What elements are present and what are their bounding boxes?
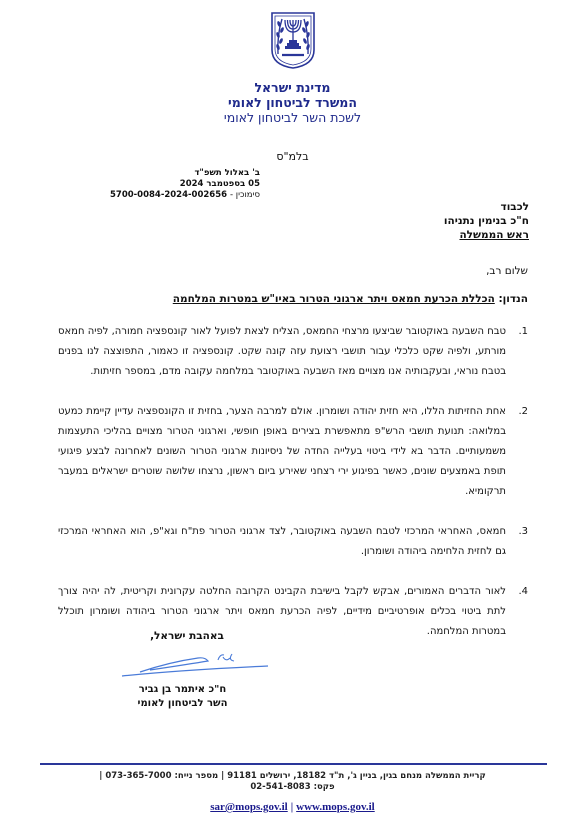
addressee-name: ח"כ בנימין נתניהו (444, 214, 529, 228)
subject-text: הכללת הכרעת חמאס ויתר ארגוני הטרור באיו"… (173, 293, 495, 305)
body-paragraph-1: 1. טבח השבעה באוקטובר שביצעו מרצחי החמאס… (58, 322, 528, 382)
signer-title: השר לביטחון לאומי (120, 697, 245, 711)
subject-line: הנדון: הכללת הכרעת חמאס ויתר ארגוני הטרו… (173, 293, 528, 305)
greeting: שלום רב, (486, 265, 528, 277)
reference-line: סימוכין - 5700-0084-2024-002656 (90, 190, 260, 201)
body-paragraph-3: 3. חמאס, האחראי המרכזי לטבח השבעה באוקטו… (58, 522, 528, 562)
paragraph-text: אחת החזיתות הללו, היא חזית יהודה ושומרון… (58, 406, 506, 497)
paragraph-number: 3. (518, 522, 528, 542)
reference-label: סימוכין - (230, 190, 260, 200)
subject-label: הנדון: (498, 293, 528, 305)
paragraph-text: חמאס, האחראי המרכזי לטבח השבעה באוקטובר,… (58, 526, 506, 557)
addressee-block: לכבוד ח"כ בנימין נתניהו ראש הממשלה (444, 200, 529, 242)
footer-divider (40, 763, 547, 765)
closing-salutation: באהבת ישראל, (132, 630, 242, 642)
paragraph-number: 2. (518, 402, 528, 422)
paragraph-text: לאור הדברים האמורים, אבקש לקבל בישיבת הק… (58, 586, 506, 637)
addressee-honorific: לכבוד (444, 200, 529, 214)
reference-number: 5700-0084-2024-002656 (110, 190, 227, 200)
date-reference-block: ב' באלול תשפ"ד 05 בספטמבר 2024 סימוכין -… (90, 168, 260, 201)
letterhead-office-name: לשכת השר לביטחון לאומי (0, 110, 585, 125)
state-emblem-icon (269, 10, 317, 70)
letterhead: מדינת ישראל המשרד לביטחון לאומי לשכת השר… (0, 80, 585, 125)
link-separator: | (291, 801, 293, 813)
email-link[interactable]: sar@mops.gov.il (210, 801, 287, 813)
signer-block: ח"כ איתמר בן גביר השר לביטחון לאומי (120, 683, 245, 711)
body-paragraph-2: 2. אחת החזיתות הללו, היא חזית יהודה ושומ… (58, 402, 528, 502)
addressee-title: ראש הממשלה (444, 228, 529, 242)
website-link[interactable]: www.mops.gov.il (296, 801, 375, 813)
paragraph-number: 1. (518, 322, 528, 342)
footer-links: sar@mops.gov.il|www.mops.gov.il (0, 801, 585, 813)
body-paragraph-4: 4. לאור הדברים האמורים, אבקש לקבל בישיבת… (58, 582, 528, 642)
footer-fax: פקס: 02-541-8083 (0, 782, 585, 793)
paragraph-text: טבח השבעה באוקטובר שביצעו מרצחי החמאס, ה… (58, 326, 506, 377)
letterhead-ministry-name: המשרד לביטחון לאומי (0, 95, 585, 110)
handwritten-signature-icon (120, 650, 270, 680)
footer-contact: קריית הממשלה מנחם בגין, בניין ג', ת"ד 18… (0, 771, 585, 793)
letter-body: 1. טבח השבעה באוקטובר שביצעו מרצחי החמאס… (58, 322, 528, 662)
gregorian-date: 05 בספטמבר 2024 (90, 179, 260, 190)
letterhead-state-name: מדינת ישראל (0, 80, 585, 95)
signer-name: ח"כ איתמר בן גביר (120, 683, 245, 697)
footer-address: קריית הממשלה מנחם בגין, בניין ג', ת"ד 18… (0, 771, 585, 782)
hebrew-date: ב' באלול תשפ"ד (90, 168, 260, 179)
classification-label: בלמ"ס (0, 150, 585, 163)
paragraph-number: 4. (518, 582, 528, 602)
